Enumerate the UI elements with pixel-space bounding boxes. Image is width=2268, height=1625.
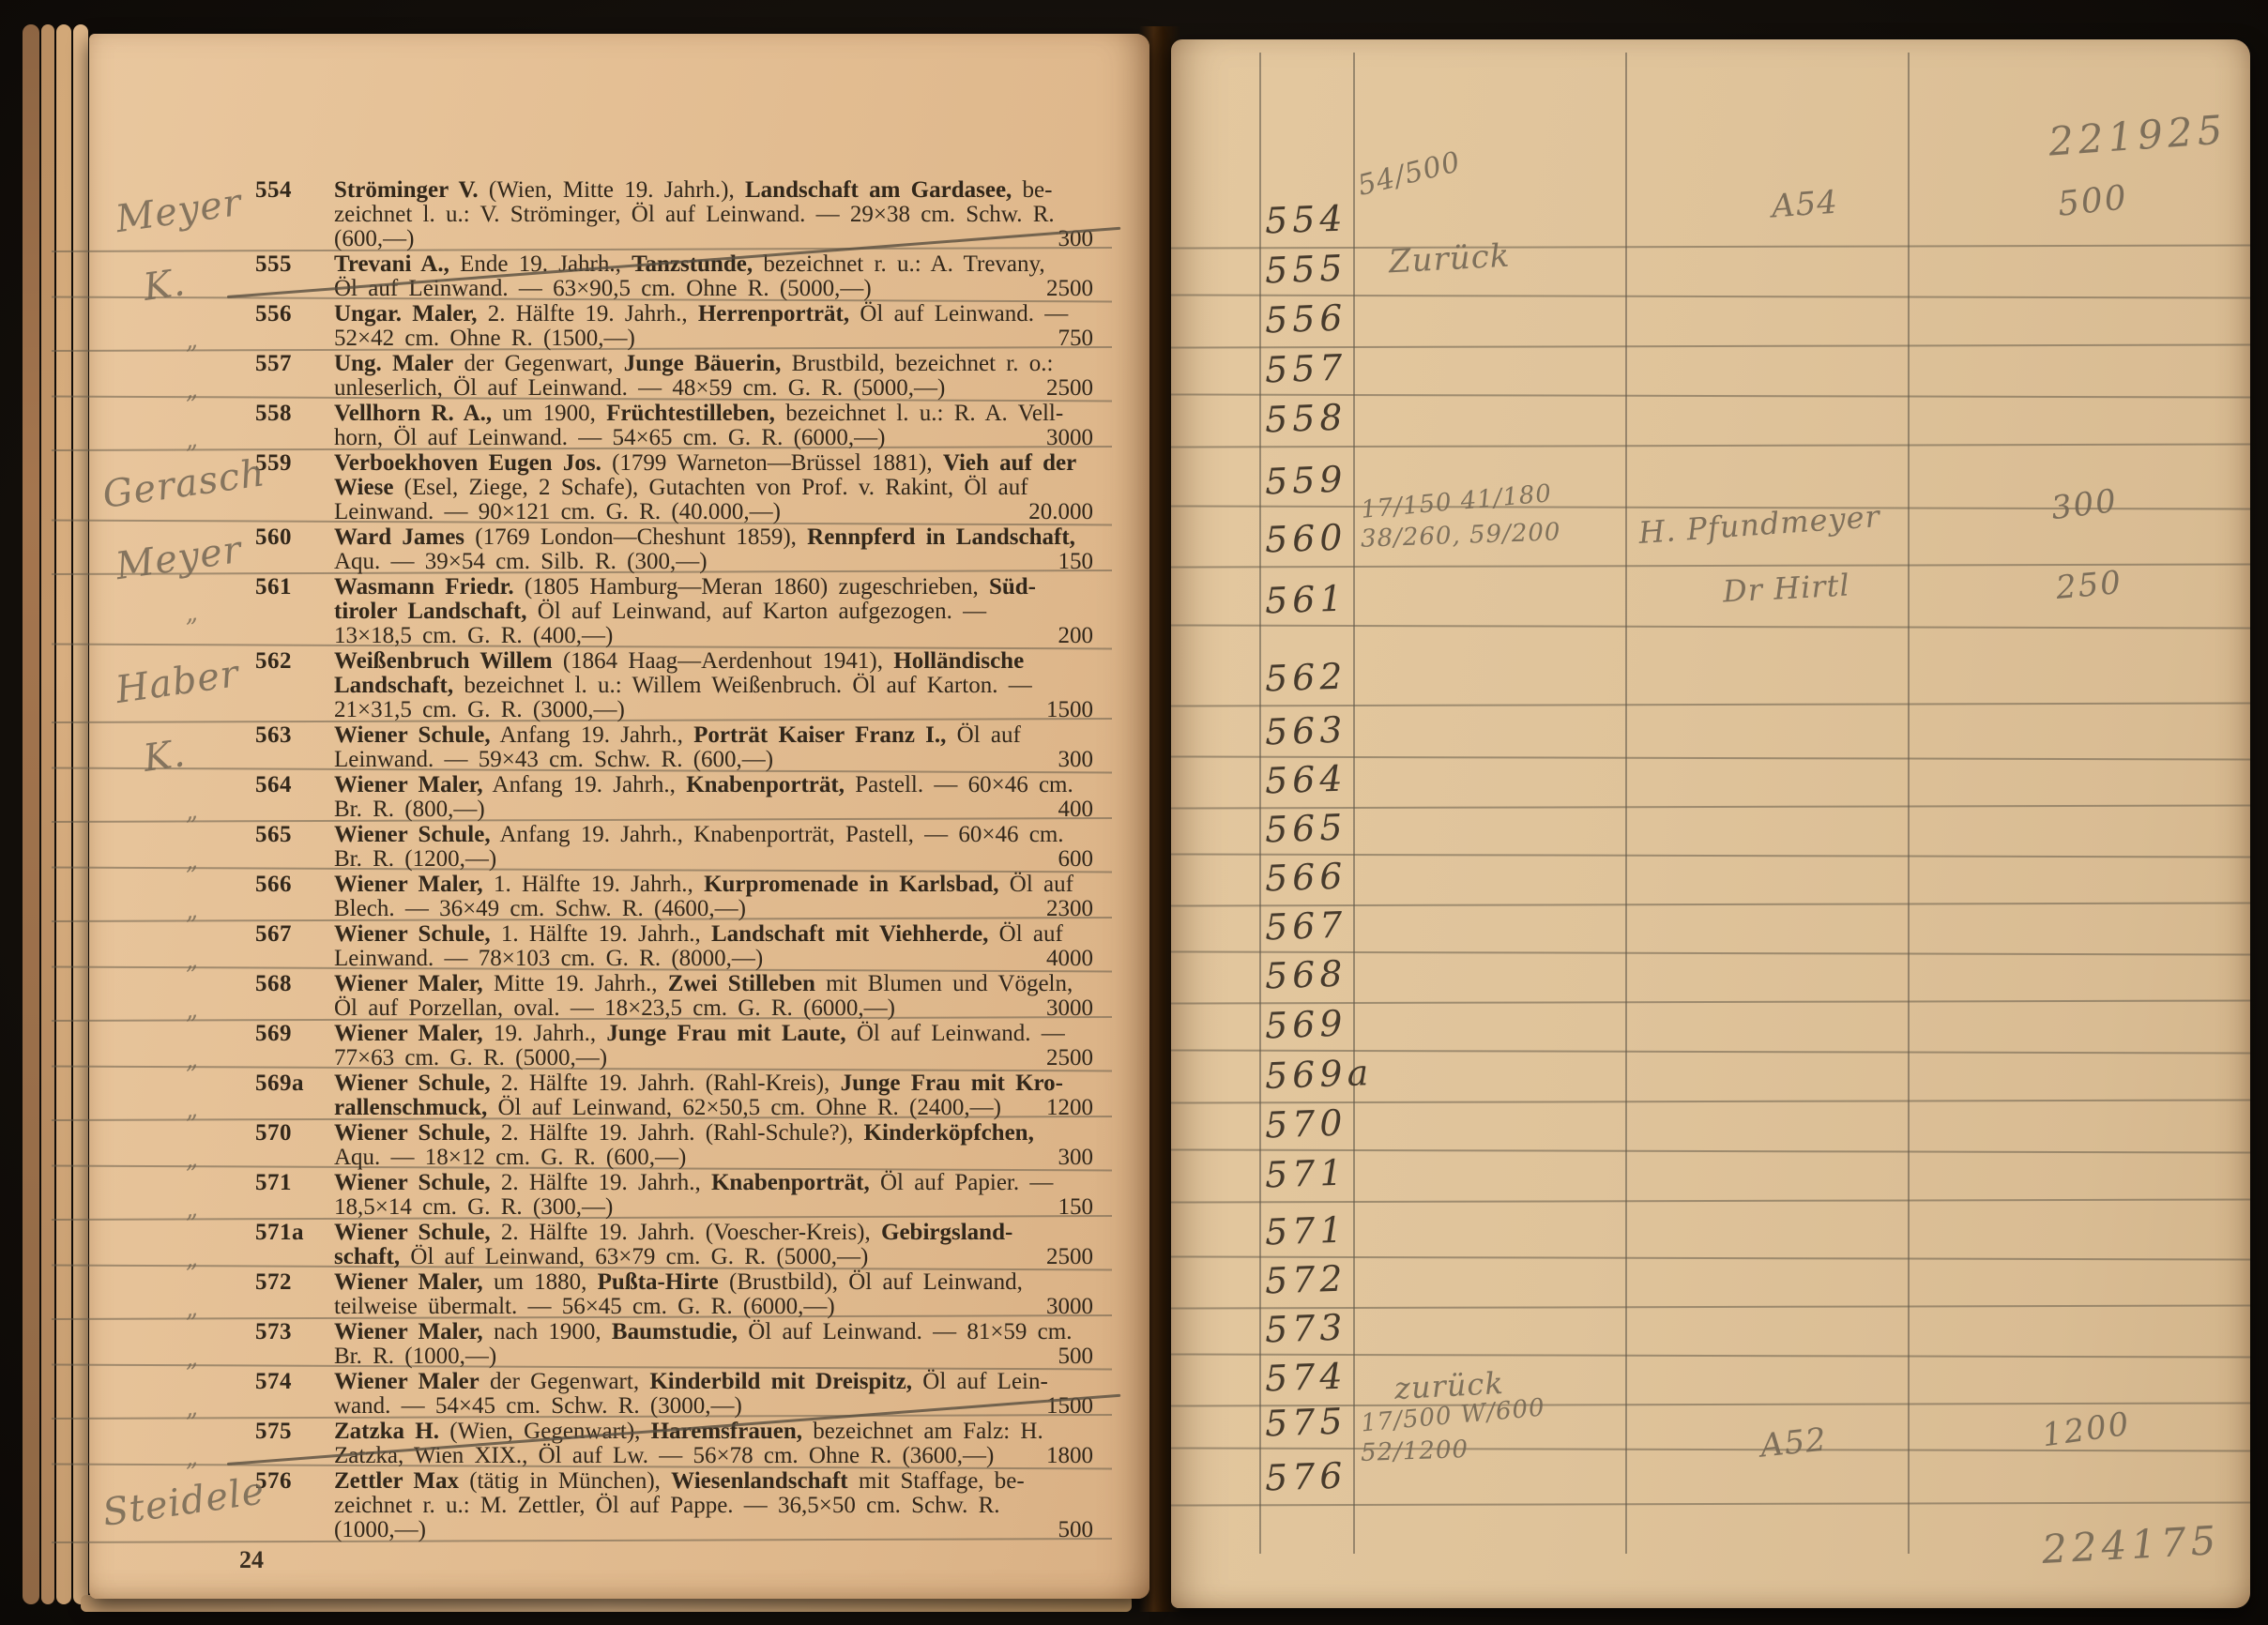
- entry-price: 600: [1058, 847, 1094, 872]
- catalog-entry: 571Wiener Schule, 2. Hälfte 19. Jahrh., …: [244, 1171, 1093, 1220]
- margin-annotation: „: [183, 797, 199, 826]
- catalog-entry: 563Wiener Schule, Anfang 19. Jahrh., Por…: [244, 723, 1093, 772]
- entry-text: Wiener Schule, Anfang 19. Jahrh., Knaben…: [334, 823, 1093, 872]
- lot-number: 567: [255, 922, 292, 947]
- lot-number: 563: [255, 723, 292, 748]
- ledger-lot-number: 555: [1264, 247, 1347, 291]
- ledger-lot-number: 559: [1264, 458, 1347, 502]
- entry-text: Zettler Max (tätig in München), Wiesenla…: [334, 1469, 1093, 1542]
- ledger-lot-number: 564: [1264, 757, 1347, 801]
- entry-text: Wiener Maler, nach 1900, Baumstudie, Öl …: [334, 1320, 1093, 1369]
- ledger-vline: [1259, 53, 1261, 1554]
- catalog-entry: 562Weißenbruch Willem (1864 Haag—Aerdenh…: [244, 649, 1093, 722]
- pencil-rule: [1171, 702, 2250, 706]
- margin-annotation: K.: [141, 261, 189, 310]
- ledger-lot-number: 554: [1264, 197, 1347, 241]
- catalog-entry: 567Wiener Schule, 1. Hälfte 19. Jahrh., …: [244, 922, 1093, 971]
- ledger-lot-number: 556: [1264, 296, 1347, 341]
- catalog-page: 554Ströminger V. (Wien, Mitte 19. Jahrh.…: [89, 34, 1149, 1599]
- entry-text: Wiener Schule, 2. Hälfte 19. Jahrh. (Rah…: [334, 1071, 1093, 1120]
- ledger-lot-number: 565: [1264, 806, 1347, 850]
- entry-price: 20.000: [1028, 500, 1093, 524]
- page-number: 24: [239, 1546, 264, 1574]
- entry-text: Wiener Maler, 19. Jahrh., Junge Frau mit…: [334, 1022, 1093, 1071]
- entry-text: Wasmann Friedr. (1805 Hamburg—Meran 1860…: [334, 575, 1093, 648]
- ledger-lot-number: 557: [1264, 346, 1347, 390]
- entry-price: 4000: [1046, 947, 1093, 971]
- entry-price: 2300: [1046, 897, 1093, 921]
- entry-text: Wiener Maler, 1. Hälfte 19. Jahrh., Kurp…: [334, 873, 1093, 921]
- ledger-lot-number: 574: [1264, 1355, 1347, 1399]
- entry-text: Ungar. Maler, 2. Hälfte 19. Jahrh., Herr…: [334, 302, 1093, 351]
- ledger-lot-number: 570: [1264, 1101, 1347, 1146]
- catalog-entry: 571aWiener Schule, 2. Hälfte 19. Jahrh. …: [244, 1221, 1093, 1269]
- entry-text: Verboekhoven Eugen Jos. (1799 Warneton—B…: [334, 451, 1093, 524]
- catalog-entry: 558Vellhorn R. A., um 1900, Früchtestill…: [244, 402, 1093, 450]
- margin-annotation: „: [183, 326, 199, 355]
- entry-text: Wiener Maler, Anfang 19. Jahrh., Knabenp…: [334, 773, 1093, 822]
- lot-number: 568: [255, 972, 292, 996]
- catalog-entry-list: 554Ströminger V. (Wien, Mitte 19. Jahrh.…: [244, 34, 1093, 1599]
- lot-number: 570: [255, 1121, 292, 1146]
- entry-price: 3000: [1046, 1295, 1093, 1319]
- entry-text: Wiener Schule, 1. Hälfte 19. Jahrh., Lan…: [334, 922, 1093, 971]
- entry-price: 150: [1058, 550, 1094, 574]
- entry-text: Wiener Schule, Anfang 19. Jahrh., Porträ…: [334, 723, 1093, 772]
- pencil-rule: [1171, 443, 2250, 448]
- ledger-lot-number: 566: [1264, 855, 1347, 899]
- margin-annotation: Haber: [113, 652, 241, 712]
- page-edge-stripe: [41, 24, 54, 1604]
- ledger-bid-note: 52/1200: [1361, 1435, 1469, 1467]
- lot-number: 562: [255, 649, 292, 674]
- hammer-price: 500: [2056, 178, 2130, 224]
- entry-price: 750: [1058, 327, 1094, 351]
- margin-annotation: „: [183, 375, 199, 404]
- ledger-lot-number: 571: [1264, 1208, 1347, 1253]
- lot-number: 571: [255, 1171, 292, 1195]
- margin-annotation: „: [183, 599, 199, 628]
- hammer-price: 1200: [2040, 1405, 2133, 1455]
- lot-number: 557: [255, 352, 292, 376]
- catalog-entry: 564Wiener Maler, Anfang 19. Jahrh., Knab…: [244, 773, 1093, 822]
- catalog-entry: 572Wiener Maler, um 1880, Pußta-Hirte (B…: [244, 1270, 1093, 1319]
- margin-annotation: „: [183, 1095, 199, 1124]
- ledger-bid-note: 54/500: [1354, 145, 1464, 203]
- entry-text: Wiener Schule, 2. Hälfte 19. Jahrh. (Rah…: [334, 1121, 1093, 1170]
- ledger-lot-number: 575: [1264, 1400, 1347, 1444]
- catalog-entry: 557Ung. Maler der Gegenwart, Junge Bäuer…: [244, 352, 1093, 401]
- catalog-entry: 555Trevani A., Ende 19. Jahrh., Tanzstun…: [244, 252, 1093, 301]
- margin-annotation: Steidele: [100, 1469, 267, 1535]
- lot-number: 556: [255, 302, 292, 327]
- entry-price: 3000: [1046, 426, 1093, 450]
- book-spread: 554Ströminger V. (Wien, Mitte 19. Jahrh.…: [0, 0, 2268, 1625]
- catalog-entry: 568Wiener Maler, Mitte 19. Jahrh., Zwei …: [244, 972, 1093, 1021]
- entry-price: 1800: [1046, 1444, 1093, 1468]
- entry-text: Wiener Maler der Gegenwart, Kinderbild m…: [334, 1370, 1093, 1419]
- entry-price: 150: [1058, 1195, 1094, 1220]
- catalog-entry: 575Zatzka H. (Wien, Gegenwart), Haremsfr…: [244, 1420, 1093, 1468]
- ledger-lot-number: 568: [1264, 952, 1347, 996]
- ledger-lot-number: 558: [1264, 396, 1347, 440]
- catalog-entry: 565Wiener Schule, Anfang 19. Jahrh., Kna…: [244, 823, 1093, 872]
- page-edge-stripe: [56, 24, 71, 1604]
- margin-annotation: „: [183, 896, 199, 925]
- page-edge-stripe: [73, 24, 88, 1604]
- catalog-entry: 569Wiener Maler, 19. Jahrh., Junge Frau …: [244, 1022, 1093, 1071]
- entry-price: 300: [1058, 748, 1094, 772]
- hammer-price: 300: [2049, 482, 2120, 527]
- entry-text: Wiener Maler, um 1880, Pußta-Hirte (Brus…: [334, 1270, 1093, 1319]
- entry-price: 2500: [1046, 277, 1093, 301]
- ledger-vline: [1908, 53, 1910, 1554]
- margin-annotation: „: [183, 1443, 199, 1472]
- entry-price: 500: [1058, 1518, 1094, 1542]
- buyer-name: Dr Hirtl: [1722, 567, 1850, 609]
- catalog-entry: 559Verboekhoven Eugen Jos. (1799 Warneto…: [244, 451, 1093, 524]
- lot-number: 572: [255, 1270, 292, 1295]
- lot-number: 561: [255, 575, 292, 600]
- lot-number: 569a: [255, 1071, 304, 1096]
- ledger-vline: [1625, 53, 1627, 1554]
- catalog-entry: 566Wiener Maler, 1. Hälfte 19. Jahrh., K…: [244, 873, 1093, 921]
- lot-number: 555: [255, 252, 292, 277]
- ledger-bid-note: 38/260, 59/200: [1361, 518, 1561, 553]
- entry-text: Wiener Schule, 2. Hälfte 19. Jahrh. (Voe…: [334, 1221, 1093, 1269]
- entry-text: Ward James (1769 London—Cheshunt 1859), …: [334, 525, 1093, 574]
- ledger-page: 221925 224175 55454/500A54500555Zurück55…: [1171, 39, 2250, 1608]
- lot-number: 573: [255, 1320, 292, 1344]
- lot-number: 565: [255, 823, 292, 847]
- buyer-name: A52: [1758, 1420, 1829, 1465]
- ledger-lot-number: 567: [1264, 904, 1347, 948]
- page-edge-stripe: [23, 24, 39, 1604]
- margin-annotation: Meyer: [113, 181, 244, 241]
- margin-annotation: „: [183, 1194, 199, 1223]
- margin-annotation: „: [183, 1145, 199, 1174]
- margin-annotation: „: [183, 1294, 199, 1323]
- lot-number: 574: [255, 1370, 292, 1394]
- lot-number: 575: [255, 1420, 292, 1444]
- ledger-lot-number: 560: [1264, 516, 1347, 560]
- catalog-entry: 569aWiener Schule, 2. Hälfte 19. Jahrh. …: [244, 1071, 1093, 1120]
- entry-text: Wiener Schule, 2. Hälfte 19. Jahrh., Kna…: [334, 1171, 1093, 1220]
- catalog-entry: 556Ungar. Maler, 2. Hälfte 19. Jahrh., H…: [244, 302, 1093, 351]
- buyer-name: A54: [1771, 184, 1839, 226]
- ledger-lot-number: 562: [1264, 655, 1347, 699]
- entry-text: Vellhorn R. A., um 1900, Früchtestillebe…: [334, 402, 1093, 450]
- lot-number: 571a: [255, 1221, 304, 1245]
- catalog-entry: 560Ward James (1769 London—Cheshunt 1859…: [244, 525, 1093, 574]
- margin-annotation: K.: [141, 732, 189, 781]
- lot-number: 564: [255, 773, 292, 797]
- entry-price: 2500: [1046, 376, 1093, 401]
- entry-price: 1200: [1046, 1096, 1093, 1120]
- lot-number: 566: [255, 873, 292, 897]
- catalog-entry: 576Zettler Max (tätig in München), Wiese…: [244, 1469, 1093, 1542]
- catalog-entry: 561Wasmann Friedr. (1805 Hamburg—Meran 1…: [244, 575, 1093, 648]
- catalog-entry: 570Wiener Schule, 2. Hälfte 19. Jahrh. (…: [244, 1121, 1093, 1170]
- ledger-lot-number: 576: [1264, 1454, 1347, 1498]
- margin-annotation: „: [183, 946, 199, 975]
- catalog-entry: 574Wiener Maler der Gegenwart, Kinderbil…: [244, 1370, 1093, 1419]
- ledger-bid-note: Zurück: [1388, 237, 1511, 281]
- pencil-rule: [1171, 1501, 2250, 1506]
- running-total-bottom: 224175: [2041, 1517, 2222, 1572]
- entry-price: 400: [1058, 797, 1094, 822]
- entry-price: 3000: [1046, 996, 1093, 1021]
- pencil-rule: [1171, 1198, 2250, 1203]
- margin-annotation: „: [183, 995, 199, 1025]
- ledger-lot-number: 569a: [1264, 1052, 1374, 1097]
- ledger-vline: [1353, 53, 1355, 1554]
- entry-text: Wiener Maler, Mitte 19. Jahrh., Zwei Sti…: [334, 972, 1093, 1021]
- margin-annotation: Gerasch: [100, 451, 268, 517]
- entry-text: Ung. Maler der Gegenwart, Junge Bäuerin,…: [334, 352, 1093, 401]
- margin-annotation: „: [183, 1344, 199, 1373]
- lot-number: 554: [255, 178, 292, 203]
- ledger-lot-number: 561: [1264, 577, 1347, 621]
- lot-number: 558: [255, 402, 292, 426]
- margin-annotation: Meyer: [113, 528, 244, 588]
- margin-annotation: „: [183, 1393, 199, 1422]
- catalog-entry: 573Wiener Maler, nach 1900, Baumstudie, …: [244, 1320, 1093, 1369]
- margin-annotation: „: [183, 425, 199, 454]
- lot-number: 560: [255, 525, 292, 550]
- ledger-lot-number: 573: [1264, 1306, 1347, 1350]
- pencil-rule: [1171, 624, 2250, 629]
- ledger-lot-number: 563: [1264, 708, 1347, 752]
- entry-price: 1500: [1046, 698, 1093, 722]
- margin-annotation: „: [183, 1244, 199, 1273]
- ledger-lot-number: 571: [1264, 1151, 1347, 1195]
- entry-price: 2500: [1046, 1046, 1093, 1071]
- entry-price: 500: [1058, 1344, 1094, 1369]
- entry-price: 200: [1058, 624, 1094, 648]
- entry-price: 300: [1058, 1146, 1094, 1170]
- margin-annotation: „: [183, 1045, 199, 1074]
- entry-price: 2500: [1046, 1245, 1093, 1269]
- running-total-top: 221925: [2047, 106, 2229, 164]
- entry-text: Weißenbruch Willem (1864 Haag—Aerdenhout…: [334, 649, 1093, 722]
- lot-number: 569: [255, 1022, 292, 1046]
- margin-annotation: „: [183, 846, 199, 875]
- ledger-lot-number: 572: [1264, 1257, 1347, 1301]
- hammer-price: 250: [2054, 564, 2123, 607]
- ledger-bid-note: 17/150 41/180: [1360, 479, 1553, 524]
- ledger-lot-number: 569: [1264, 1002, 1347, 1046]
